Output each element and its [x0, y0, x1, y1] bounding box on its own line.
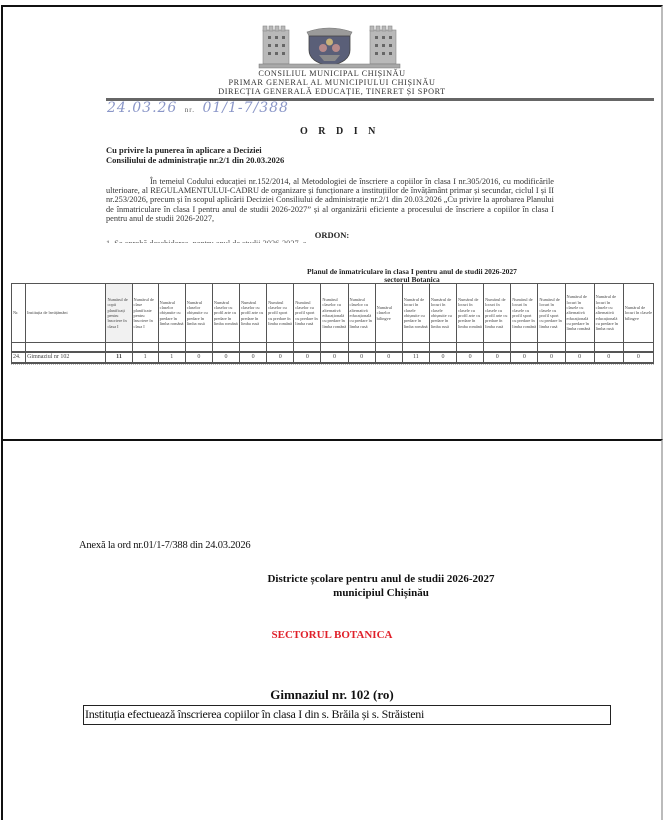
column-header: Numărul de locuri în clasele cu alternat…	[594, 284, 623, 343]
table-next-row-cutoff	[11, 364, 654, 367]
column-header: Numărul de copii planificați pentru însc…	[106, 284, 132, 343]
column-header: Numărul de locuri în clasele cu profil a…	[457, 284, 484, 343]
order-subject: Cu privire la punerea în aplicare a Deci…	[106, 146, 284, 166]
column-header: Numărul claselor cu profil sport cu pred…	[294, 284, 321, 343]
letterhead-line-directorate: DIRECȚIA GENERALĂ EDUCAȚIE, TINERET ȘI S…	[0, 87, 664, 97]
nr-label: nr.	[185, 106, 195, 114]
column-header: Numărul claselor cu profil arte cu preda…	[240, 284, 267, 343]
annex-title: Districte școlare pentru anul de studii …	[49, 573, 664, 586]
table-row: 24. Gimnaziul nr 102 11 1 1 0 0 0 0 0 0 …	[12, 352, 654, 363]
table-header-row: Nr. Instituția de învățământ Numărul de …	[12, 284, 654, 343]
cell-value: 0	[457, 352, 484, 363]
cell-value: 1	[132, 352, 158, 363]
cell-value: 11	[402, 352, 429, 363]
table-spacer-row	[12, 343, 654, 353]
chisinau-coat-of-arms-icon	[257, 22, 402, 70]
order-subject-line: Consiliului de administrație nr.2/1 din …	[106, 156, 284, 166]
annex-reference: Anexă la ord nr.01/1-7/388 din 24.03.202…	[79, 540, 250, 551]
cell-value: 0	[375, 352, 402, 363]
enrollment-plan-table: Nr. Instituția de învățământ Numărul de …	[11, 283, 654, 364]
order-point-1-partial: 1. Se aprobă deschiderea, pentru anul de…	[106, 238, 554, 243]
column-header: Instituția de învățământ	[26, 284, 106, 343]
column-header: Numărul de locuri în clasele cu profil s…	[538, 284, 565, 343]
district-notice-text: Instituția efectuează înscrierea copiilo…	[85, 707, 424, 721]
handwritten-number: 01/1-7/388	[202, 100, 289, 116]
column-header: Nr.	[12, 284, 26, 343]
cell-value: 0	[538, 352, 565, 363]
cell-value: 0	[294, 352, 321, 363]
order-preamble-text: În temeiul Codului educației nr.152/2014…	[106, 177, 554, 223]
column-header: Numărul de locuri în clasele cu profil a…	[484, 284, 511, 343]
cell-value: 0	[212, 352, 239, 363]
cell-value: 0	[185, 352, 212, 363]
column-header: Numărul de locuri în clasele bilingve	[623, 284, 653, 343]
sector-heading: SECTORUL BOTANICA	[0, 629, 664, 641]
handwritten-date: 24.03.26	[107, 100, 177, 116]
cell-value: 11	[106, 352, 132, 363]
column-header: Numărul de locuri în clasele cu profil s…	[511, 284, 538, 343]
column-header: Numărul de locuri în clasele cu alternat…	[565, 284, 594, 343]
column-header: Numărul claselor cu alternativă educațio…	[321, 284, 348, 343]
row-institution: Gimnaziul nr 102	[26, 352, 106, 363]
annex-subtitle: municipiul Chișinău	[49, 587, 664, 600]
cell-value: 0	[240, 352, 267, 363]
column-header: Numărul claselor obișnuite cu predare în…	[185, 284, 212, 343]
order-preamble: În temeiul Codului educației nr.152/2014…	[106, 177, 554, 223]
column-header: Numărul claselor cu profil sport cu pred…	[267, 284, 294, 343]
cell-value: 0	[429, 352, 456, 363]
cell-value: 0	[484, 352, 511, 363]
district-notice-box: Instituția efectuează înscrierea copiilo…	[83, 705, 611, 725]
column-header: Numărul claselor cu profil arte cu preda…	[212, 284, 239, 343]
cell-value: 0	[267, 352, 294, 363]
column-header: Numărul de locuri în clasele obișnuite c…	[402, 284, 429, 343]
cell-value: 0	[594, 352, 623, 363]
cell-value: 0	[511, 352, 538, 363]
cell-value: 0	[321, 352, 348, 363]
school-name: Gimnaziul nr. 102 (ro)	[0, 687, 664, 703]
column-header: Numărul claselor cu alternativă educațio…	[348, 284, 375, 343]
column-header: Numărul claselor bilingve	[375, 284, 402, 343]
cell-value: 1	[158, 352, 185, 363]
order-title: O R D I N	[300, 126, 379, 137]
row-number: 24.	[12, 352, 26, 363]
cell-value: 0	[348, 352, 375, 363]
column-header: Numărul de clase planificate pentru însc…	[132, 284, 158, 343]
column-header: Numărul claselor obișnuite cu predare în…	[158, 284, 185, 343]
cell-value: 0	[623, 352, 653, 363]
cell-value: 0	[565, 352, 594, 363]
order-date-number: 24.03.26 nr. 01/1-7/388	[107, 100, 289, 116]
column-header: Numărul de locuri în clasele obișnuite c…	[429, 284, 456, 343]
